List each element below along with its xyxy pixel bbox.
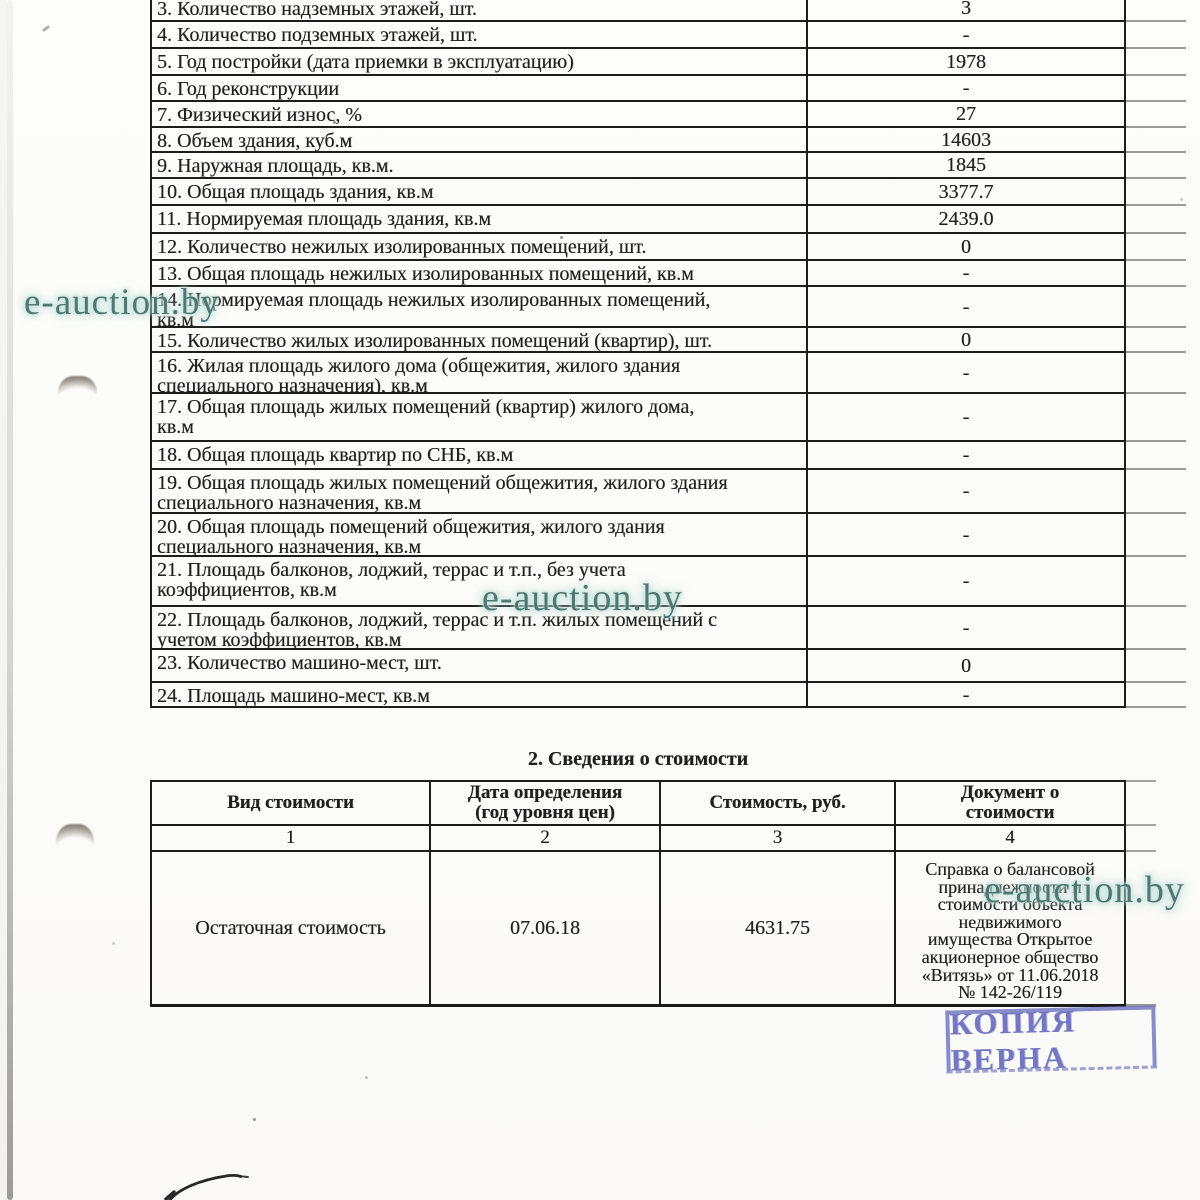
table-row: 7. Физический износ, %27: [150, 102, 1186, 128]
row-line-extension: [1126, 328, 1186, 353]
table-row: 16. Жилая площадь жилого дома (общежития…: [150, 353, 1186, 394]
scan-speck: [112, 942, 115, 945]
table-row: 13. Общая площадь нежилых изолированных …: [150, 261, 1186, 287]
row-label: 21. Площадь балконов, лоджий, террас и т…: [150, 557, 808, 607]
table-row: 3. Количество надземных этажей, шт.3: [150, 0, 1186, 22]
row-label: 19. Общая площадь жилых помещений общежи…: [150, 470, 808, 514]
row-label: 13. Общая площадь нежилых изолированных …: [150, 261, 808, 287]
row-line-extension: [1126, 780, 1156, 826]
row-value: 1978: [808, 49, 1126, 76]
row-label: 16. Жилая площадь жилого дома (общежития…: [150, 353, 808, 394]
table-row: 10. Общая площадь здания, кв.м3377.7: [150, 179, 1186, 206]
punch-hole-bottom: [56, 824, 94, 848]
cost-table-header-row: Вид стоимости Дата определения (год уров…: [150, 780, 1156, 826]
row-value: -: [808, 261, 1126, 287]
row-value: -: [808, 442, 1126, 470]
table-row: 5. Год постройки (дата приемки в эксплуа…: [150, 49, 1186, 76]
section2-title: 2. Сведения о стоимости: [150, 748, 1126, 771]
cost-header-date: Дата определения (год уровня цен): [431, 780, 661, 826]
cost-header-document: Документ о стоимости: [896, 780, 1126, 826]
cost-kind-value: Остаточная стоимость: [150, 852, 431, 1007]
row-value: -: [808, 470, 1126, 514]
table-row: 6. Год реконструкции-: [150, 76, 1186, 102]
row-line-extension: [1126, 102, 1186, 128]
row-value: -: [808, 353, 1126, 394]
scanned-document-page: 3. Количество надземных этажей, шт.34. К…: [0, 0, 1200, 1200]
cost-amount-value: 4631.75: [661, 852, 896, 1007]
row-value: 27: [808, 102, 1126, 128]
cost-header-kind: Вид стоимости: [150, 780, 431, 826]
row-label: 24. Площадь машино-мест, кв.м: [150, 683, 808, 708]
col-number: 1: [150, 826, 431, 852]
row-line-extension: [1126, 128, 1186, 153]
table-row: 17. Общая площадь жилых помещений (кварт…: [150, 394, 1186, 442]
row-line-extension: [1126, 353, 1186, 394]
row-value: -: [808, 287, 1126, 328]
row-line-extension: [1126, 442, 1186, 470]
row-value: -: [808, 514, 1126, 557]
table-row: 12. Количество нежилых изолированных пом…: [150, 234, 1186, 261]
row-value: -: [808, 607, 1126, 650]
table-row: 9. Наружная площадь, кв.м.1845: [150, 153, 1186, 179]
table-row: 20. Общая площадь помещений общежития, ж…: [150, 514, 1186, 557]
row-label: 12. Количество нежилых изолированных пом…: [150, 234, 808, 261]
row-value: 1845: [808, 153, 1126, 179]
table-row: 15. Количество жилых изолированных помещ…: [150, 328, 1186, 353]
row-label: 4. Количество подземных этажей, шт.: [150, 22, 808, 49]
row-label: 22. Площадь балконов, лоджий, террас и т…: [150, 607, 808, 650]
copy-correct-stamp: КОПИЯ ВЕРНА: [945, 1005, 1156, 1073]
row-line-extension: [1126, 557, 1186, 607]
table-row: 24. Площадь машино-мест, кв.м-: [150, 683, 1186, 708]
row-line-extension: [1126, 287, 1186, 328]
col-number: 3: [661, 826, 896, 852]
watermark-eauction-right: e-auction.by: [984, 868, 1185, 912]
row-line-extension: [1126, 683, 1186, 708]
watermark-eauction-left: e-auction.by: [24, 281, 220, 324]
cost-date-value: 07.06.18: [431, 852, 661, 1007]
table-row: 14. Нормируемая площадь нежилых изолиров…: [150, 287, 1186, 328]
row-line-extension: [1126, 206, 1186, 234]
row-value: 3: [808, 0, 1126, 22]
row-value: -: [808, 76, 1126, 102]
row-line-extension: [1126, 514, 1186, 557]
row-line-extension: [1126, 179, 1186, 206]
row-value: 2439.0: [808, 206, 1126, 234]
scan-edge-left: [7, 0, 13, 1200]
table-row: 18. Общая площадь квартир по СНБ, кв.м-: [150, 442, 1186, 470]
row-label: 6. Год реконструкции: [150, 76, 808, 102]
row-value: -: [808, 683, 1126, 708]
punch-hole-top: [58, 376, 97, 398]
row-label: 10. Общая площадь здания, кв.м: [150, 179, 808, 206]
row-label: 3. Количество надземных этажей, шт.: [150, 0, 808, 22]
scan-speck: [1180, 198, 1183, 201]
row-line-extension: [1126, 234, 1186, 261]
row-value: 0: [808, 650, 1126, 683]
row-line-extension: [1126, 0, 1186, 22]
cost-header-value: Стоимость, руб.: [661, 780, 896, 826]
scan-speck: [560, 236, 563, 239]
row-label: 14. Нормируемая площадь нежилых изолиров…: [150, 287, 808, 328]
row-label: 17. Общая площадь жилых помещений (кварт…: [150, 394, 808, 442]
col-number: 2: [431, 826, 661, 852]
scan-speck: [333, 121, 336, 124]
row-label: 8. Объем здания, куб.м: [150, 128, 808, 153]
row-label: 9. Наружная площадь, кв.м.: [150, 153, 808, 179]
table-row: 4. Количество подземных этажей, шт.-: [150, 22, 1186, 49]
scan-speck: [365, 1076, 368, 1079]
row-value: -: [808, 394, 1126, 442]
watermark-eauction-center: e-auction.by: [482, 576, 683, 620]
row-value: 0: [808, 328, 1126, 353]
table-row: 19. Общая площадь жилых помещений общежи…: [150, 470, 1186, 514]
row-value: -: [808, 557, 1126, 607]
row-line-extension: [1126, 607, 1186, 650]
row-label: 18. Общая площадь квартир по СНБ, кв.м: [150, 442, 808, 470]
row-line-extension: [1126, 22, 1186, 49]
row-line-extension: [1126, 470, 1186, 514]
scan-speck: [253, 1118, 256, 1121]
cost-table-number-row: 1 2 3 4: [150, 826, 1156, 852]
row-line-extension: [1126, 153, 1186, 179]
row-label: 7. Физический износ, %: [150, 102, 808, 128]
row-label: 20. Общая площадь помещений общежития, ж…: [150, 514, 808, 557]
row-value: 14603: [808, 128, 1126, 153]
table-row: 23. Количество машино-мест, шт.0: [150, 650, 1186, 683]
row-value: -: [808, 22, 1126, 49]
row-label: 23. Количество машино-мест, шт.: [150, 650, 808, 683]
row-line-extension: [1126, 49, 1186, 76]
row-line-extension: [1126, 650, 1186, 683]
table-row: 11. Нормируемая площадь здания, кв.м2439…: [150, 206, 1186, 234]
row-line-extension: [1126, 394, 1186, 442]
scan-mark: [42, 25, 50, 32]
col-number: 4: [896, 826, 1126, 852]
row-label: 11. Нормируемая площадь здания, кв.м: [150, 206, 808, 234]
row-label: 5. Год постройки (дата приемки в эксплуа…: [150, 49, 808, 76]
row-line-extension: [1126, 261, 1186, 287]
table-row: 8. Объем здания, куб.м14603: [150, 128, 1186, 153]
row-value: 0: [808, 234, 1126, 261]
row-label: 15. Количество жилых изолированных помещ…: [150, 328, 808, 353]
row-line-extension: [1126, 76, 1186, 102]
row-line-extension: [1126, 826, 1156, 852]
row-value: 3377.7: [808, 179, 1126, 206]
